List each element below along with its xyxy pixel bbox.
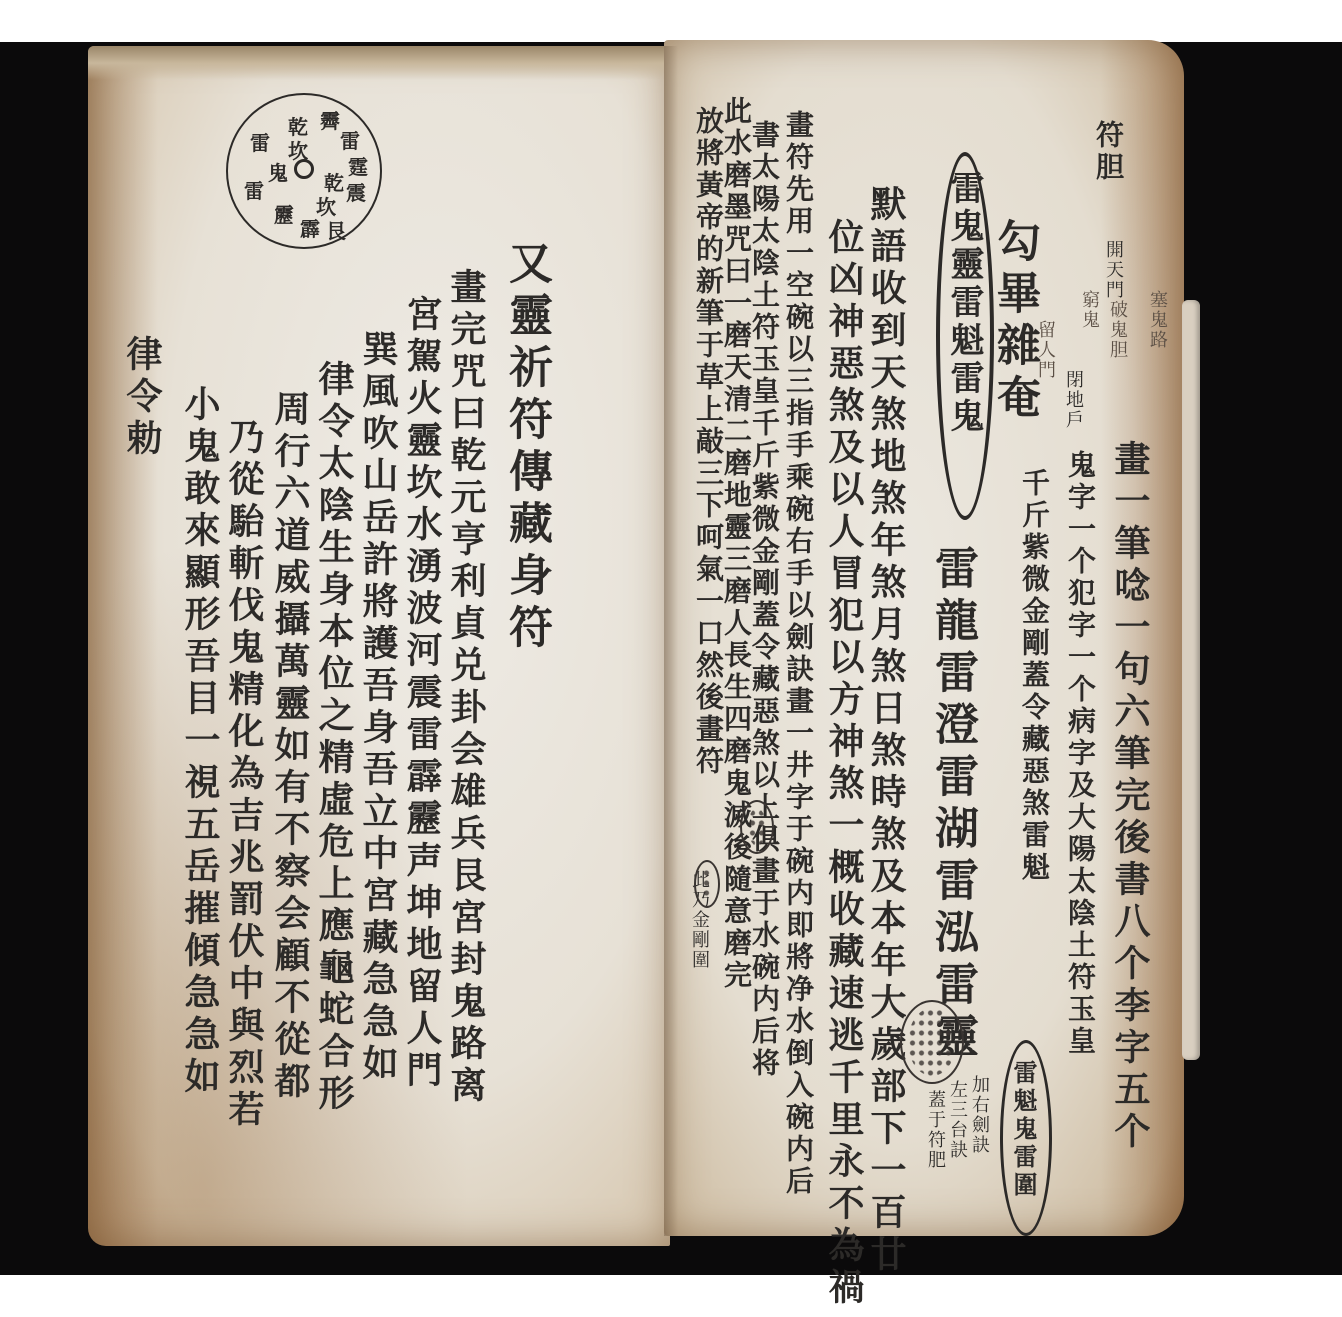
seal-glyph: 雷 — [340, 125, 360, 154]
right-title: 符胆 — [1094, 120, 1122, 184]
annotation: 窮鬼 — [1080, 290, 1098, 330]
book-gutter — [664, 46, 678, 1236]
text-column: 巽風吹山岳許將護吾身吾立中宮藏急急如 — [360, 330, 396, 1086]
seal-glyph: 雷 — [244, 175, 264, 204]
seal-glyph: 雷 — [250, 127, 270, 156]
text-column: 畫完咒曰乾元亨利貞兑卦会雄兵艮宮封鬼路离 — [448, 268, 484, 1108]
small-seal-oval — [740, 800, 774, 854]
text-column: 畫一筆唸一句六筆完後書八个李字五个 — [1112, 440, 1148, 1154]
text-column: 律令太陰生身本位之精虛危上應龜蛇合形 — [316, 360, 352, 1116]
text-column: 此水磨墨咒曰一磨天清二磨地靈三磨人長生四磨鬼滅後隨意磨完 — [722, 96, 750, 992]
text-column: 小鬼敢來顯形吾目一視五岳摧傾急急如 — [182, 385, 218, 1099]
text-column: 雷龍雷澄雷湖雷泓雷靈 — [930, 545, 974, 1065]
seal-glyph: 霽 — [320, 105, 340, 134]
annotation: 加右劍訣 — [970, 1075, 988, 1155]
left-title-column: 又靈祈符傳藏身符 — [504, 240, 548, 656]
annotation: 左三台訣 — [948, 1080, 966, 1160]
seal-glyph: 鬼 — [268, 157, 288, 186]
seal-glyph: 乾 — [324, 167, 344, 196]
text-column: 千斤紫微金剛蓋令藏惡煞雷魁 — [1020, 468, 1048, 884]
text-column: 位凶神惡煞及以人冒犯以方神煞一概收藏速逃千里永不為禍 — [826, 218, 862, 1310]
seal-glyph: 霆 — [348, 151, 368, 180]
annotation: 開天門 — [1104, 240, 1122, 300]
left-page-top-edge — [88, 46, 670, 80]
seal-glyph: 霹 — [300, 213, 320, 242]
torn-page-edge — [1182, 300, 1200, 1060]
annotation: 閉地戶 — [1064, 370, 1082, 430]
text-column: 周行六道威攝萬靈如有不察会顧不從都 — [272, 390, 308, 1104]
text-column: 勾畢雜奄 — [992, 218, 1036, 426]
text-column: 畫符先用一空碗以三指手乘碗右手以劍訣畫一井字于碗内即將净水倒入碗内后 — [784, 110, 812, 1198]
text-column: 放將黃帝的新筆于草上敲三下呵氣一口然後畫符 — [694, 106, 722, 778]
text-column: 書太陽太陰土符玉皇千斤紫微金剛蓋令藏惡煞以上俱畫于水碗内后将 — [750, 120, 778, 1080]
talisman-inner-text: 雷鬼靈雷魁雷鬼 — [940, 170, 989, 436]
text-column: 律令勅 — [124, 335, 160, 461]
talisman-lower-text: 雷魁鬼雷圍 — [1006, 1060, 1041, 1200]
seal-glyph: 靂 — [274, 199, 294, 228]
seal-oval — [900, 1000, 964, 1084]
circular-seal-diagram: 雷 霆 震 坎 乾 艮 霹 靂 雷 鬼 雷 乾 坎 霽 — [226, 93, 382, 249]
text-column: 鬼字一个犯字一个病字及大陽太陰土符玉皇 — [1066, 450, 1094, 1058]
annotation: 破鬼胆 — [1108, 300, 1126, 360]
small-seal-oval — [694, 860, 720, 908]
seal-glyph: 震 — [346, 177, 366, 206]
text-column: 宮駕火靈坎水湧波河震雷霹靂声坤地留人門 — [404, 295, 440, 1093]
annotation: 塞鬼路 — [1148, 290, 1166, 350]
annotation: 蓋于符肥 — [926, 1090, 944, 1170]
text-column: 默語收到天煞地煞年煞月煞日煞時煞及本年大歲部下一百廿 — [868, 185, 904, 1277]
seal-center-ring — [294, 159, 314, 179]
seal-glyph: 艮 — [326, 215, 346, 244]
text-column: 乃從駘斬伐鬼精化為吉兆罰伏中與烈若 — [226, 418, 262, 1132]
